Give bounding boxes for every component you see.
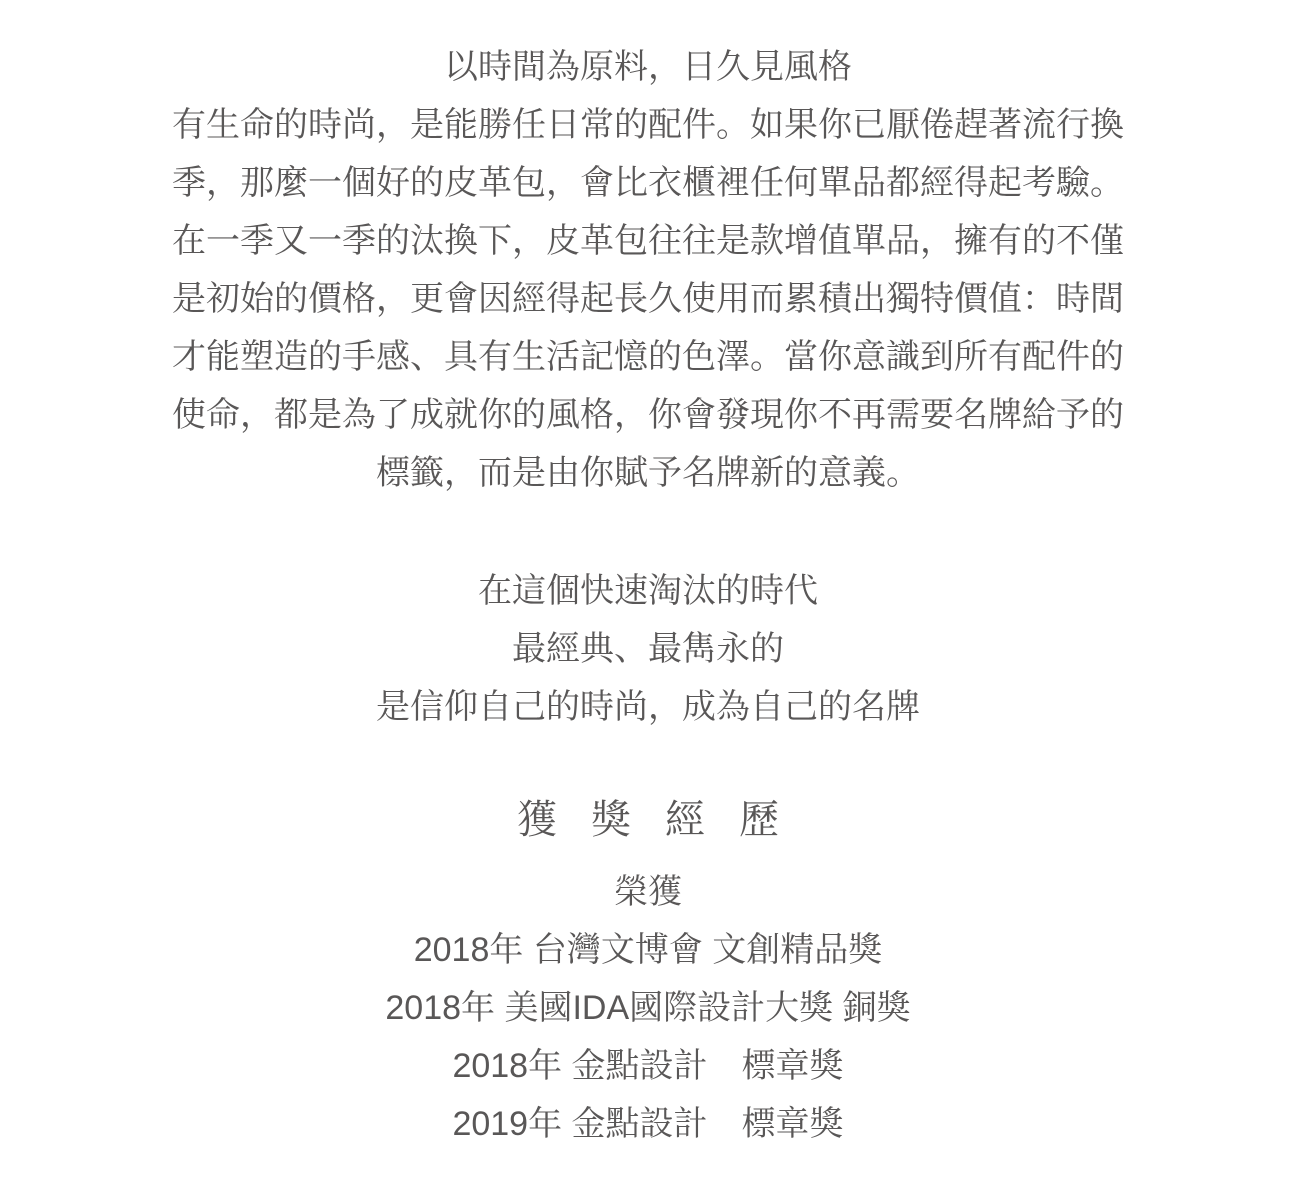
intro-paragraph-line: 使命，都是為了成就你的風格，你會發現你不再需要名牌給予的 — [170, 386, 1126, 444]
motto-section: 在這個快速淘汰的時代 最經典、最雋永的 是信仰自己的時尚，成為自己的名牌 — [170, 562, 1126, 736]
award-item: 2019年 金點設計 標章獎 — [170, 1095, 1126, 1153]
intro-paragraph-line: 是初始的價格，更會因經得起長久使用而累積出獨特價值：時間 — [170, 270, 1126, 328]
awards-section: 獲獎經歷 榮獲 2018年 台灣文博會 文創精品獎 2018年 美國IDA國際設… — [170, 791, 1126, 1153]
awards-list: 榮獲 2018年 台灣文博會 文創精品獎 2018年 美國IDA國際設計大獎 銅… — [170, 863, 1126, 1153]
motto-line: 是信仰自己的時尚，成為自己的名牌 — [170, 678, 1126, 736]
awards-heading: 獲獎經歷 — [170, 791, 1126, 849]
intro-paragraph-line: 有生命的時尚，是能勝任日常的配件。如果你已厭倦趕著流行換 — [170, 96, 1126, 154]
motto-line: 在這個快速淘汰的時代 — [170, 562, 1126, 620]
award-item: 2018年 金點設計 標章獎 — [170, 1037, 1126, 1095]
intro-title: 以時間為原料，日久見風格 — [170, 38, 1126, 96]
intro-section: 以時間為原料，日久見風格 有生命的時尚，是能勝任日常的配件。如果你已厭倦趕著流行… — [170, 38, 1126, 502]
page-content: 以時間為原料，日久見風格 有生命的時尚，是能勝任日常的配件。如果你已厭倦趕著流行… — [170, 0, 1126, 1153]
award-item: 2018年 美國IDA國際設計大獎 銅獎 — [170, 979, 1126, 1037]
motto-line: 最經典、最雋永的 — [170, 620, 1126, 678]
award-item: 2018年 台灣文博會 文創精品獎 — [170, 921, 1126, 979]
intro-paragraph-line: 季，那麼一個好的皮革包，會比衣櫃裡任何單品都經得起考驗。 — [170, 154, 1126, 212]
intro-paragraph-line: 在一季又一季的汰換下，皮革包往往是款增值單品，擁有的不僅 — [170, 212, 1126, 270]
intro-paragraph-line: 才能塑造的手感、具有生活記憶的色澤。當你意識到所有配件的 — [170, 328, 1126, 386]
intro-paragraph-line: 標籤，而是由你賦予名牌新的意義。 — [170, 444, 1126, 502]
awards-subheading: 榮獲 — [170, 863, 1126, 921]
